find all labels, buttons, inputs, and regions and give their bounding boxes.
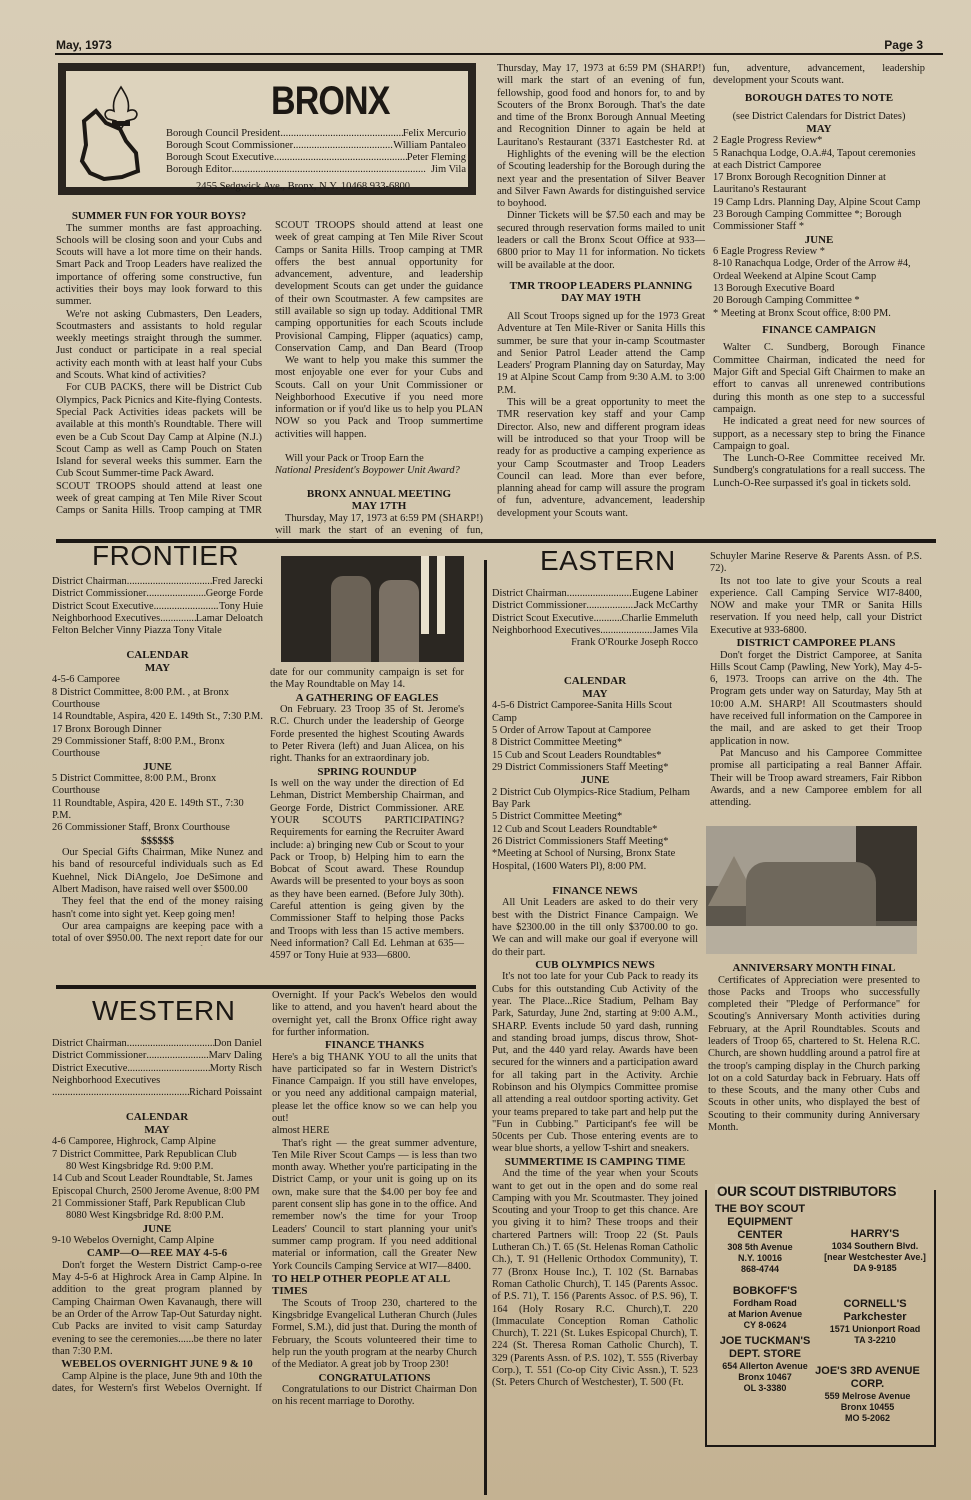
calendar-entry: 20 Borough Camping Committee *	[713, 295, 925, 307]
borough-dates: fun, adventure, advancement, leadership …	[713, 63, 925, 490]
calendar-entry: 29 Commissioner Staff, 8:00 P.M., Bronx …	[52, 736, 263, 761]
frontier-column-2: date for our community campaign is set f…	[270, 667, 464, 963]
store-line: 1571 Unionport Road	[820, 1324, 930, 1335]
paragraph: Don't forget the District Camporee, at S…	[710, 650, 922, 748]
article-heading: CUB OLYMPICS NEWS	[492, 959, 698, 972]
calendar-entry: 8080 West Kingsbridge Rd. 8:00 P.M.	[52, 1210, 262, 1222]
store-line: Bronx 10467	[710, 1372, 820, 1383]
paragraph: The Lunch-O-Ree Committee received Mr. S…	[713, 453, 925, 490]
store-line: MO 5-2062	[805, 1413, 930, 1424]
calendar-entry: 7 District Committee, Park Republican Cl…	[52, 1149, 262, 1161]
roster-role: District Commissioner	[52, 588, 146, 600]
article-heading: ANNIVERSARY MONTH FINAL	[708, 962, 920, 975]
store-joe-tuckmans: JOE TUCKMAN'S DEPT. STORE 654 Allerton A…	[710, 1335, 820, 1394]
roster-name: James Vila	[653, 625, 698, 637]
page-number: Page 3	[884, 38, 923, 52]
calendar-entry: 23 Borough Camping Committee *; Borough …	[713, 209, 925, 234]
month-label: MAY	[713, 123, 925, 136]
calendar-entry: 2 District Cub Olympics-Rice Stadium, Pe…	[492, 787, 698, 812]
store-name: BOBKOFF'S	[715, 1285, 815, 1298]
paragraph: Schuyler Marine Reserve & Parents Assn. …	[710, 551, 922, 576]
paragraph: He indicated a great need for new source…	[713, 416, 925, 453]
western-column: District ChairmanDon Daniel District Com…	[52, 1038, 262, 1396]
calendar-entry: 21 Commissioner Staff, Park Republican C…	[52, 1198, 262, 1210]
calendar-entry: 13 Borough Executive Board	[713, 283, 925, 295]
store-subname: Parkchester	[820, 1311, 930, 1324]
borough-address: 2455 Sedgwick Ave., Bronx, N.Y. 10468 93…	[196, 181, 410, 192]
paragraph: The Scouts of Troop 230, chartered to th…	[272, 1298, 477, 1372]
roster-role: District Scout Executive	[52, 601, 154, 613]
store-name: HARRY'S	[820, 1228, 930, 1241]
roster-name: Eugene Labiner	[632, 588, 698, 600]
roster-name: Jim Vila	[431, 164, 466, 176]
store-line: OL 3-3380	[710, 1383, 820, 1394]
roster-extra: Frank O'Rourke Joseph Rocco	[492, 637, 698, 649]
roster-role: District Chairman	[52, 1038, 127, 1050]
month-label: JUNE	[52, 1223, 262, 1236]
paragraph: All Scout Troops signed up for the 1973 …	[497, 311, 705, 397]
store-cornells: CORNELL'S Parkchester 1571 Unionport Roa…	[820, 1298, 930, 1346]
roster-role: District Chairman	[492, 588, 567, 600]
paragraph: We're not asking Cubmasters, Den Leaders…	[56, 309, 262, 383]
roster-name: Morty Risch	[210, 1063, 262, 1075]
calendar-entry: 17 Bronx Borough Dinner	[52, 724, 263, 736]
month-label: JUNE	[492, 774, 698, 787]
footnote: * Meeting at Bronx Scout office, 8:00 PM…	[713, 308, 925, 320]
calendar-entry: 26 Commissioner Staff, Bronx Courthouse	[52, 822, 263, 834]
store-boy-scout-equipment: THE BOY SCOUT EQUIPMENT CENTER 308 5th A…	[705, 1203, 815, 1275]
calendar-entry: 17 Bronx Borough Recognition Dinner at L…	[713, 172, 925, 197]
paragraph: The summer months are fast approaching. …	[56, 223, 262, 309]
section-divider	[56, 985, 476, 989]
roster-name: Richard Poissaint	[189, 1087, 262, 1099]
month-label: MAY	[52, 1124, 262, 1137]
distributors-title: OUR SCOUT DISTRIBUTORS	[715, 1184, 898, 1199]
paragraph: This will be a great opportunity to meet…	[497, 397, 705, 545]
district-title-eastern: EASTERN	[540, 545, 676, 577]
roster-role: Neighborhood Executives	[52, 613, 160, 625]
paragraph: Thursday, May 17, 1973 at 6:59 PM (SHARP…	[497, 63, 705, 149]
article-heading: TO HELP OTHER PEOPLE AT ALL TIMES	[272, 1273, 477, 1298]
calendar-entry: 5 Ranachqua Lodge, O.A.#4, Tapout ceremo…	[713, 148, 925, 173]
annual-meeting-continued: Thursday, May 17, 1973 at 6:59 PM (SHARP…	[497, 63, 705, 545]
scout-fleur-de-lis-logo-icon	[76, 81, 166, 181]
roster-role: District Executive	[52, 1063, 127, 1075]
district-title-frontier: FRONTIER	[92, 540, 239, 572]
paragraph: For CUB PACKS, there will be District Cu…	[56, 382, 262, 480]
article-heading: CAMP—O—REE MAY 4-5-6	[52, 1247, 262, 1260]
calendar-entry: 26 District Commissioners Staff Meeting*	[492, 836, 698, 848]
borough-roster: Borough Council PresidentFelix Mercurio …	[166, 128, 466, 176]
roster-role: Borough Editor	[166, 164, 232, 176]
roster-name: Peter Fleming	[407, 152, 466, 164]
roster-name: Lamar Deloatch	[196, 613, 263, 625]
store-line: Bronx 10455	[805, 1402, 930, 1413]
borough-title: BRONX	[271, 79, 390, 124]
award-name: National President's Boypower Unit Award…	[275, 465, 483, 477]
roster-role: District Commissioner	[492, 600, 586, 612]
calendar-entry: 19 Camp Ldrs. Planning Day, Alpine Scout…	[713, 197, 925, 209]
frontier-column: District ChairmanFred Jarecki District C…	[52, 576, 263, 946]
photo-eagle-scouts	[281, 556, 464, 662]
store-joes-3rd-avenue: JOE'S 3RD AVENUE CORP. 559 Melrose Avenu…	[805, 1365, 930, 1424]
calendar-entry: 5 District Committee, 8:00 P.M., Bronx C…	[52, 773, 263, 798]
store-line: TA 3-2210	[820, 1335, 930, 1346]
article-heading: TMR TROOP LEADERS PLANNING DAY MAY 19th	[497, 280, 705, 305]
roster-name: Tony Huie	[219, 601, 263, 613]
paragraph: Thursday, May 17, 1973 at 6:59 PM (SHARP…	[275, 513, 483, 538]
roster-name: Don Daniel	[214, 1038, 262, 1050]
calendar-entry: 14 Cub and Scout Leader Roundtable, St. …	[52, 1173, 262, 1198]
roster-role: District Chairman	[52, 576, 127, 588]
footnote: *Meeting at School of Nursing, Bronx Sta…	[492, 848, 698, 873]
roster-name: Marv Daling	[209, 1050, 262, 1062]
calendar-heading: CALENDAR	[52, 1111, 262, 1124]
calendar-entry: 11 Roundtable, Aspira, 420 E. 149th ST.,…	[52, 798, 263, 823]
calendar-entry: 12 Cub and Scout Leaders Roundtable*	[492, 824, 698, 836]
calendar-entry: 8 District Committee Meeting*	[492, 737, 698, 749]
month-label: MAY	[492, 688, 698, 701]
article-heading: CONGRATULATIONS	[272, 1372, 477, 1385]
calendar-entry: 8 District Committee, 8:00 P.M. , at Bro…	[52, 687, 263, 712]
paragraph: Will your Pack or Troop Earn the	[275, 453, 483, 465]
eastern-column: District ChairmanEugene Labiner District…	[492, 588, 698, 1390]
calendar-heading: CALENDAR	[52, 649, 263, 662]
roster-role: District Scout Executive	[492, 613, 594, 625]
store-name: THE BOY SCOUT EQUIPMENT CENTER	[705, 1203, 815, 1242]
store-line: Fordham Road	[715, 1298, 815, 1309]
month-label: JUNE	[52, 761, 263, 774]
calendar-heading: CALENDAR	[492, 675, 698, 688]
column-divider	[484, 560, 487, 1495]
paragraph: All Unit Leaders are asked to do their v…	[492, 897, 698, 958]
store-line: 868-4744	[705, 1264, 815, 1275]
western-column-2: Overnight. If your Pack's Webelos den wo…	[272, 990, 477, 1409]
calendar-entry: 8-10 Ranachqua Lodge, Order of the Arrow…	[713, 258, 925, 283]
store-name: JOE'S 3RD AVENUE CORP.	[805, 1365, 930, 1391]
calendar-entry: 29 District Commissioners Staff Meeting*	[492, 762, 698, 774]
paragraph: Pat Mancuso and his Camporee Committee p…	[710, 748, 922, 809]
eastern-column-2: Schuyler Marine Reserve & Parents Assn. …	[710, 551, 922, 809]
paragraph: Highlights of the evening will be the el…	[497, 149, 705, 210]
paragraph: Is well on the way under the direction o…	[270, 778, 464, 962]
district-title-western: WESTERN	[92, 995, 236, 1027]
paragraph: It's not too late for your Cub Pack to r…	[492, 971, 698, 1155]
summer-fun-article: SUMMER FUN FOR YOUR BOYS? The summer mon…	[56, 210, 262, 517]
issue-date: May, 1973	[56, 38, 112, 52]
paragraph: Camp Alpine is the place, June 9th and 1…	[52, 1371, 262, 1396]
roster-name: Jack McCarthy	[635, 600, 698, 612]
roster-name: William Pantaleo	[393, 140, 466, 152]
store-line: 559 Melrose Avenue	[805, 1391, 930, 1402]
article-heading: WEBELOS OVERNIGHT JUNE 9 & 10	[52, 1358, 262, 1371]
roster-name: Charlie Emmeluth	[622, 613, 698, 625]
header-rule	[55, 53, 943, 55]
paragraph: Walter C. Sundberg, Borough Finance Comm…	[713, 342, 925, 416]
bronx-masthead: BRONX Borough Council PresidentFelix Mer…	[58, 63, 476, 195]
paragraph: SCOUT TROOPS should attend at least one …	[56, 481, 262, 517]
paragraph: And the time of the year when your Scout…	[492, 1168, 698, 1389]
paragraph: That's right — the great summer adventur…	[272, 1138, 477, 1273]
calendar-entry: 5 District Committee Meeting*	[492, 811, 698, 823]
paragraph: Certificates of Appreciation were presen…	[708, 975, 920, 1135]
paragraph: Congratulations to our District Chairman…	[272, 1384, 477, 1409]
month-label: MAY	[52, 662, 263, 675]
roster-role: Borough Scout Commissioner	[166, 140, 293, 152]
almost-here-label: almost HERE	[272, 1125, 477, 1137]
store-line: CY 8-0624	[715, 1320, 815, 1331]
calendar-entry: 14 Roundtable, Aspira, 420 E. 149th St.,…	[52, 711, 263, 723]
store-line: [near Westchester Ave.]	[820, 1252, 930, 1263]
paragraph: Our Special Gifts Chairman, Mike Nunez a…	[52, 847, 263, 896]
photo-troop-65-camping	[706, 826, 917, 954]
dates-note: (see District Calendars for District Dat…	[713, 111, 925, 123]
roster-extra: Felton Belcher Vinny Piazza Tony Vitale	[52, 625, 263, 637]
roster-name: Fred Jarecki	[212, 576, 263, 588]
article-heading: BOROUGH DATES TO NOTE	[713, 92, 925, 105]
paragraph: SCOUT TROOPS should attend at least one …	[275, 220, 483, 355]
roster-role: Borough Scout Executive	[166, 152, 274, 164]
paragraph: We want to help you make this summer the…	[275, 355, 483, 441]
roster-role: Neighborhood Executives	[52, 1075, 262, 1087]
paragraph: Our area campaigns are keeping pace with…	[52, 921, 263, 946]
store-line: N.Y. 10016	[705, 1253, 815, 1264]
store-bobkoffs: BOBKOFF'S Fordham Road at Marion Avenue …	[715, 1285, 815, 1331]
calendar-entry: 15 Cub and Scout Leaders Roundtables*	[492, 750, 698, 762]
store-name: CORNELL'S	[820, 1298, 930, 1311]
calendar-entry: 4-6 Camporee, Highrock, Camp Alpine	[52, 1136, 262, 1148]
paragraph: Dinner Tickets will be $7.50 each and ma…	[497, 210, 705, 271]
month-label: JUNE	[713, 234, 925, 247]
store-line: at Marion Avenue	[715, 1309, 815, 1320]
paragraph: Don't forget the Western District Camp-o…	[52, 1260, 262, 1358]
roster-name: George Forde	[206, 588, 263, 600]
calendar-entry: 80 West Kingsbridge Rd. 9:00 P.M.	[52, 1161, 262, 1173]
paragraph: Here's a big THANK YOU to all the units …	[272, 1052, 477, 1126]
article-subheading: MAY 17th	[275, 500, 483, 513]
store-line: DA 9-9185	[820, 1263, 930, 1274]
article-heading: SUMMER FUN FOR YOUR BOYS?	[56, 210, 262, 223]
calendar-entry: 4-5-6 Camporee	[52, 674, 263, 686]
anniversary-article: ANNIVERSARY MONTH FINAL Certificates of …	[708, 962, 920, 1134]
store-line: 654 Allerton Avenue	[710, 1361, 820, 1372]
article-heading: FINANCE CAMPAIGN	[713, 324, 925, 337]
calendar-entry: 4-5-6 District Camporee-Sanita Hills Sco…	[492, 700, 698, 725]
roster-role: Borough Council President	[166, 128, 280, 140]
paragraph: They feel that the end of the money rais…	[52, 896, 263, 921]
article-heading: SUMMERTIME IS CAMPING TIME	[492, 1156, 698, 1169]
article-heading: SPRING ROUNDUP	[270, 766, 464, 779]
roster-role: District Commissioner	[52, 1050, 146, 1062]
article-heading: A GATHERING OF EAGLES	[270, 692, 464, 705]
article-heading: FINANCE NEWS	[492, 885, 698, 898]
store-line: 308 5th Avenue	[705, 1242, 815, 1253]
store-harrys: HARRY'S 1034 Southern Blvd. [near Westch…	[820, 1228, 930, 1274]
calendar-entry: 9-10 Webelos Overnight, Camp Alpine	[52, 1235, 262, 1247]
roster-role: Neighborhood Executives	[492, 625, 600, 637]
calendar-entry: 2 Eagle Progress Review*	[713, 135, 925, 147]
paragraph: On February. 23 Troop 35 of St. Jerome's…	[270, 704, 464, 765]
article-heading: FINANCE THANKS	[272, 1039, 477, 1052]
section-ornament: $$$$$$	[52, 835, 263, 848]
store-name: JOE TUCKMAN'S DEPT. STORE	[710, 1335, 820, 1361]
calendar-entry: 6 Eagle Progress Review *	[713, 246, 925, 258]
article-heading: DISTRICT CAMPOREE PLANS	[710, 637, 922, 650]
paragraph: Its not too late to give your Scouts a r…	[710, 576, 922, 637]
calendar-entry: 5 Order of Arrow Tapout at Camporee	[492, 725, 698, 737]
roster-name: Felix Mercurio	[403, 128, 466, 140]
article-heading: BRONX ANNUAL MEETING	[275, 488, 483, 501]
summer-fun-continued: SCOUT TROOPS should attend at least one …	[275, 220, 483, 538]
store-line: 1034 Southern Blvd.	[820, 1241, 930, 1252]
